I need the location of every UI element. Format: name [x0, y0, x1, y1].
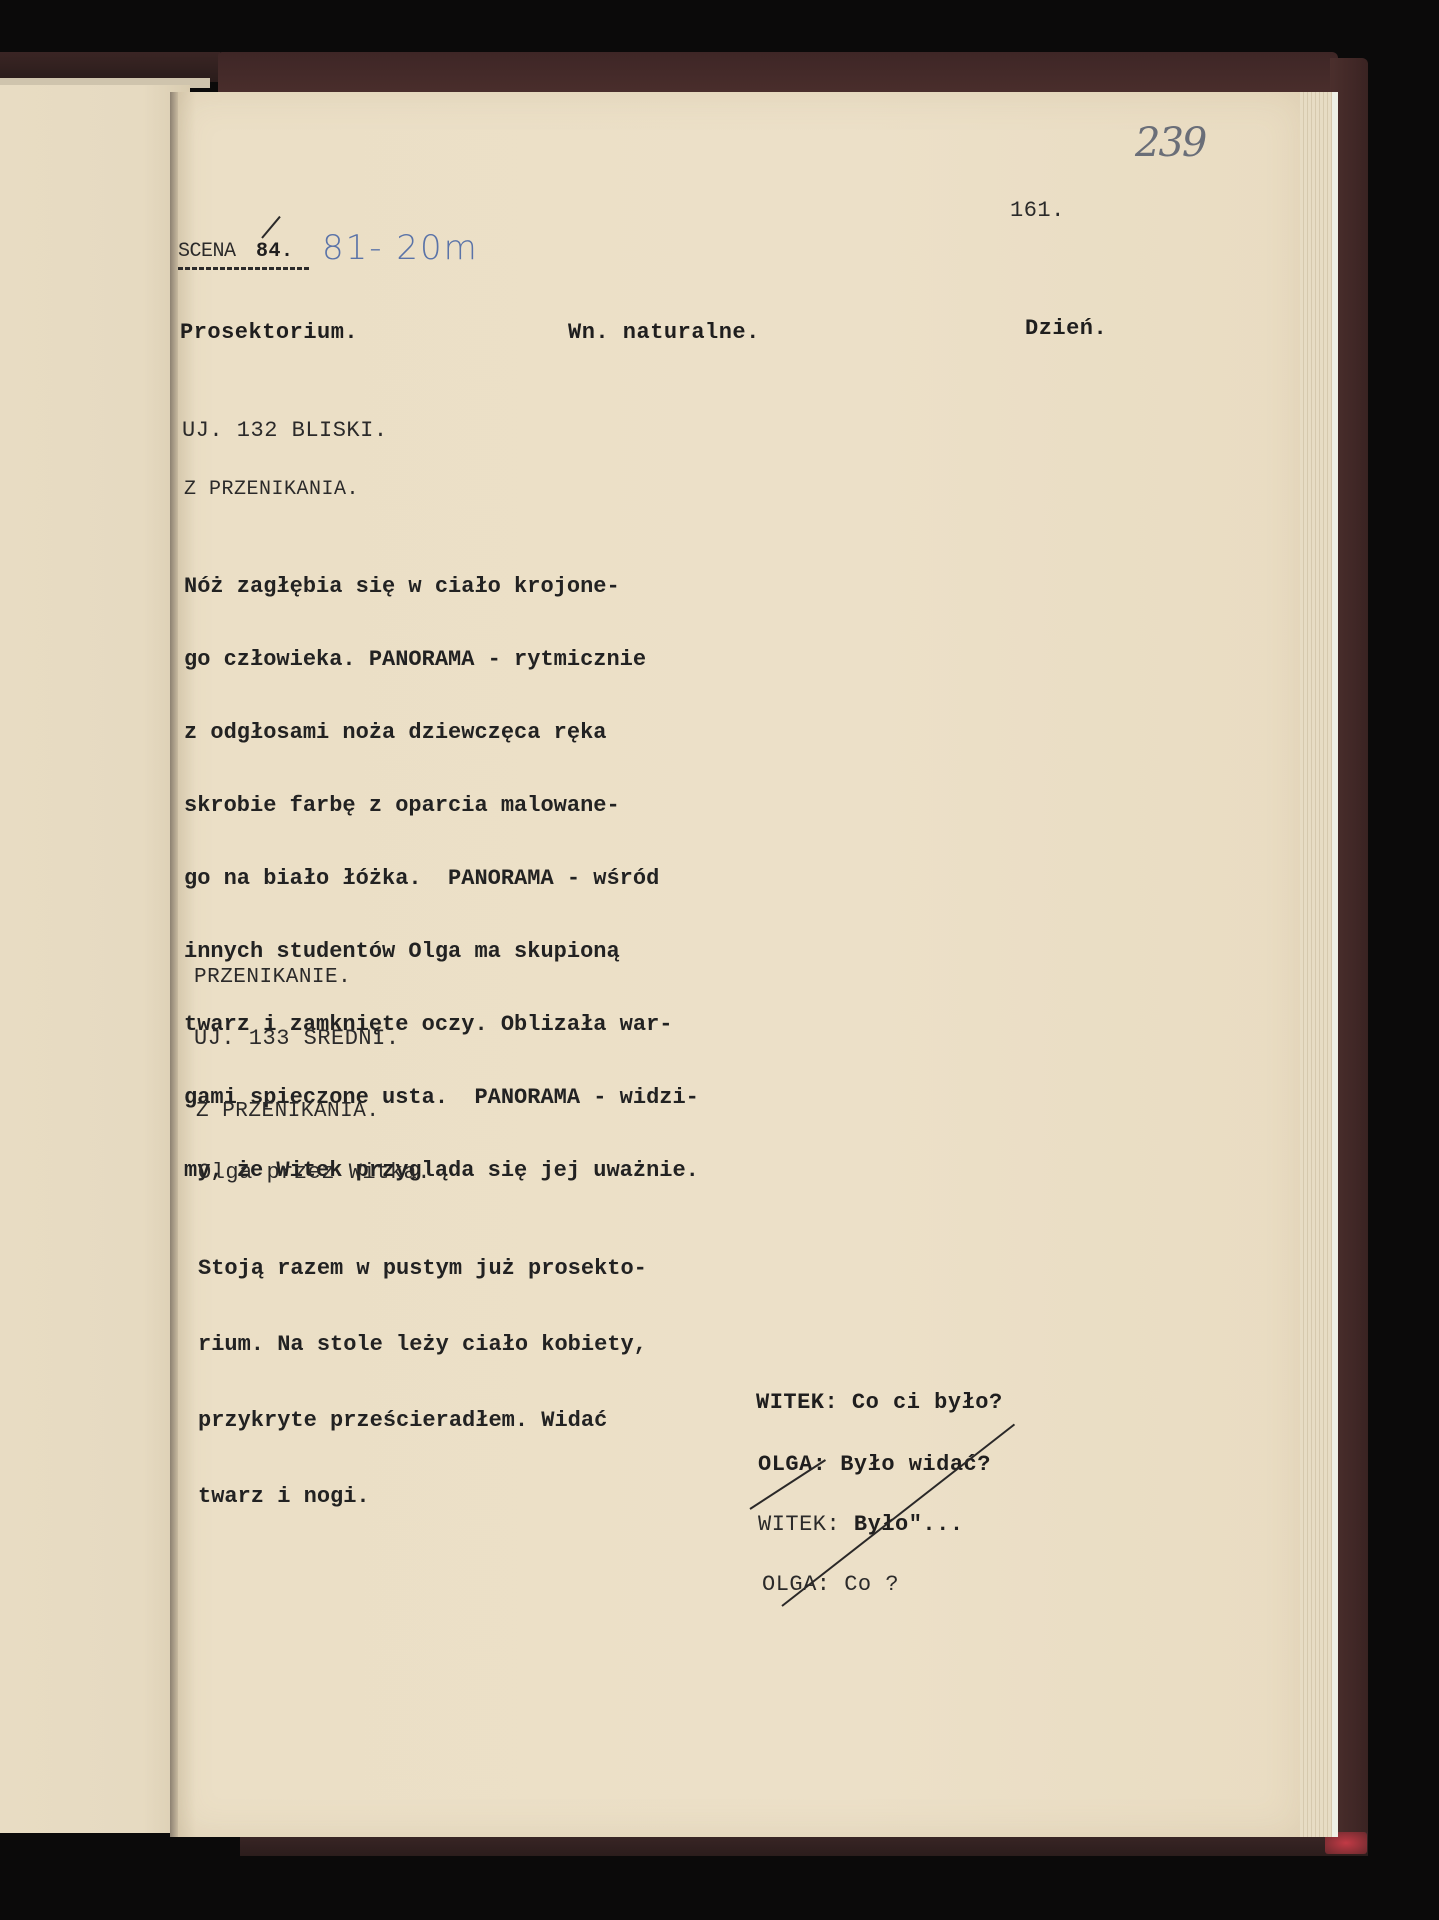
scene-underline: [178, 267, 310, 270]
page-edges: [1300, 92, 1338, 1837]
dialogue-speaker: WITEK:: [756, 1390, 838, 1415]
dialogue-text: Było widać?: [840, 1452, 991, 1477]
description-line: skrobie farbę z oparcia malowane-: [184, 788, 699, 825]
description-line: z odgłosami noża dziewczęca ręka: [184, 715, 699, 752]
dialogue-line: OLGA: Było widać?: [758, 1452, 991, 1477]
book-cover-top: [218, 52, 1338, 94]
description-line: go na biało łóżka. PANORAMA - wśród: [184, 861, 699, 898]
shot-132-transition-in: Z PRZENIKANIA.: [184, 478, 359, 501]
description-line: rium. Na stole leży ciało kobiety,: [198, 1326, 647, 1364]
scene-time-of-day: Dzień.: [1025, 316, 1107, 341]
dialogue-text: Co ?: [844, 1572, 899, 1597]
scene-location: Prosektorium.: [180, 320, 358, 345]
dialogue-line: OLGA: Co ?: [762, 1572, 899, 1597]
description-line: twarz i nogi.: [198, 1478, 647, 1516]
shot-133-title: UJ. 133 ŚREDNI.: [194, 1026, 400, 1051]
shot-132-transition-out: PRZENIKANIE.: [194, 966, 351, 989]
description-line: go człowieka. PANORAMA - rytmicznie: [184, 642, 699, 679]
scene-label: SCENA: [178, 240, 236, 263]
scene-lighting: Wn. naturalne.: [568, 320, 760, 345]
description-line: Nóż zagłębia się w ciało krojone-: [184, 569, 699, 606]
shot-132-title: UJ. 132 BLISKI.: [182, 418, 388, 443]
description-line: Stoją razem w pustym już prosekto-: [198, 1250, 647, 1288]
book-gutter: [170, 92, 178, 1837]
dialogue-text: Było"...: [854, 1512, 964, 1537]
folio-number: 239: [1135, 120, 1205, 166]
description-line: innych studentów Olga ma skupioną: [184, 934, 699, 971]
shot-133-framing: Olga przez Witka.: [198, 1160, 431, 1185]
left-page: [0, 85, 190, 1833]
handwritten-scene-correction: 81- 20m: [322, 228, 479, 268]
dialogue-text: Co ci było?: [852, 1390, 1003, 1415]
dialogue-line: WITEK: Było"...: [758, 1512, 964, 1537]
description-line: przykryte prześcieradłem. Widać: [198, 1402, 647, 1440]
shot-133-transition-in: Z PRZENIKANIA.: [196, 1100, 379, 1123]
dialogue-speaker: WITEK:: [758, 1512, 840, 1537]
shot-133-description: Stoją razem w pustym już prosekto- rium.…: [198, 1212, 647, 1554]
page-number: 161.: [1010, 198, 1065, 223]
scene-number-typed: 84.: [256, 240, 294, 263]
dialogue-line: WITEK: Co ci było?: [756, 1390, 1003, 1415]
